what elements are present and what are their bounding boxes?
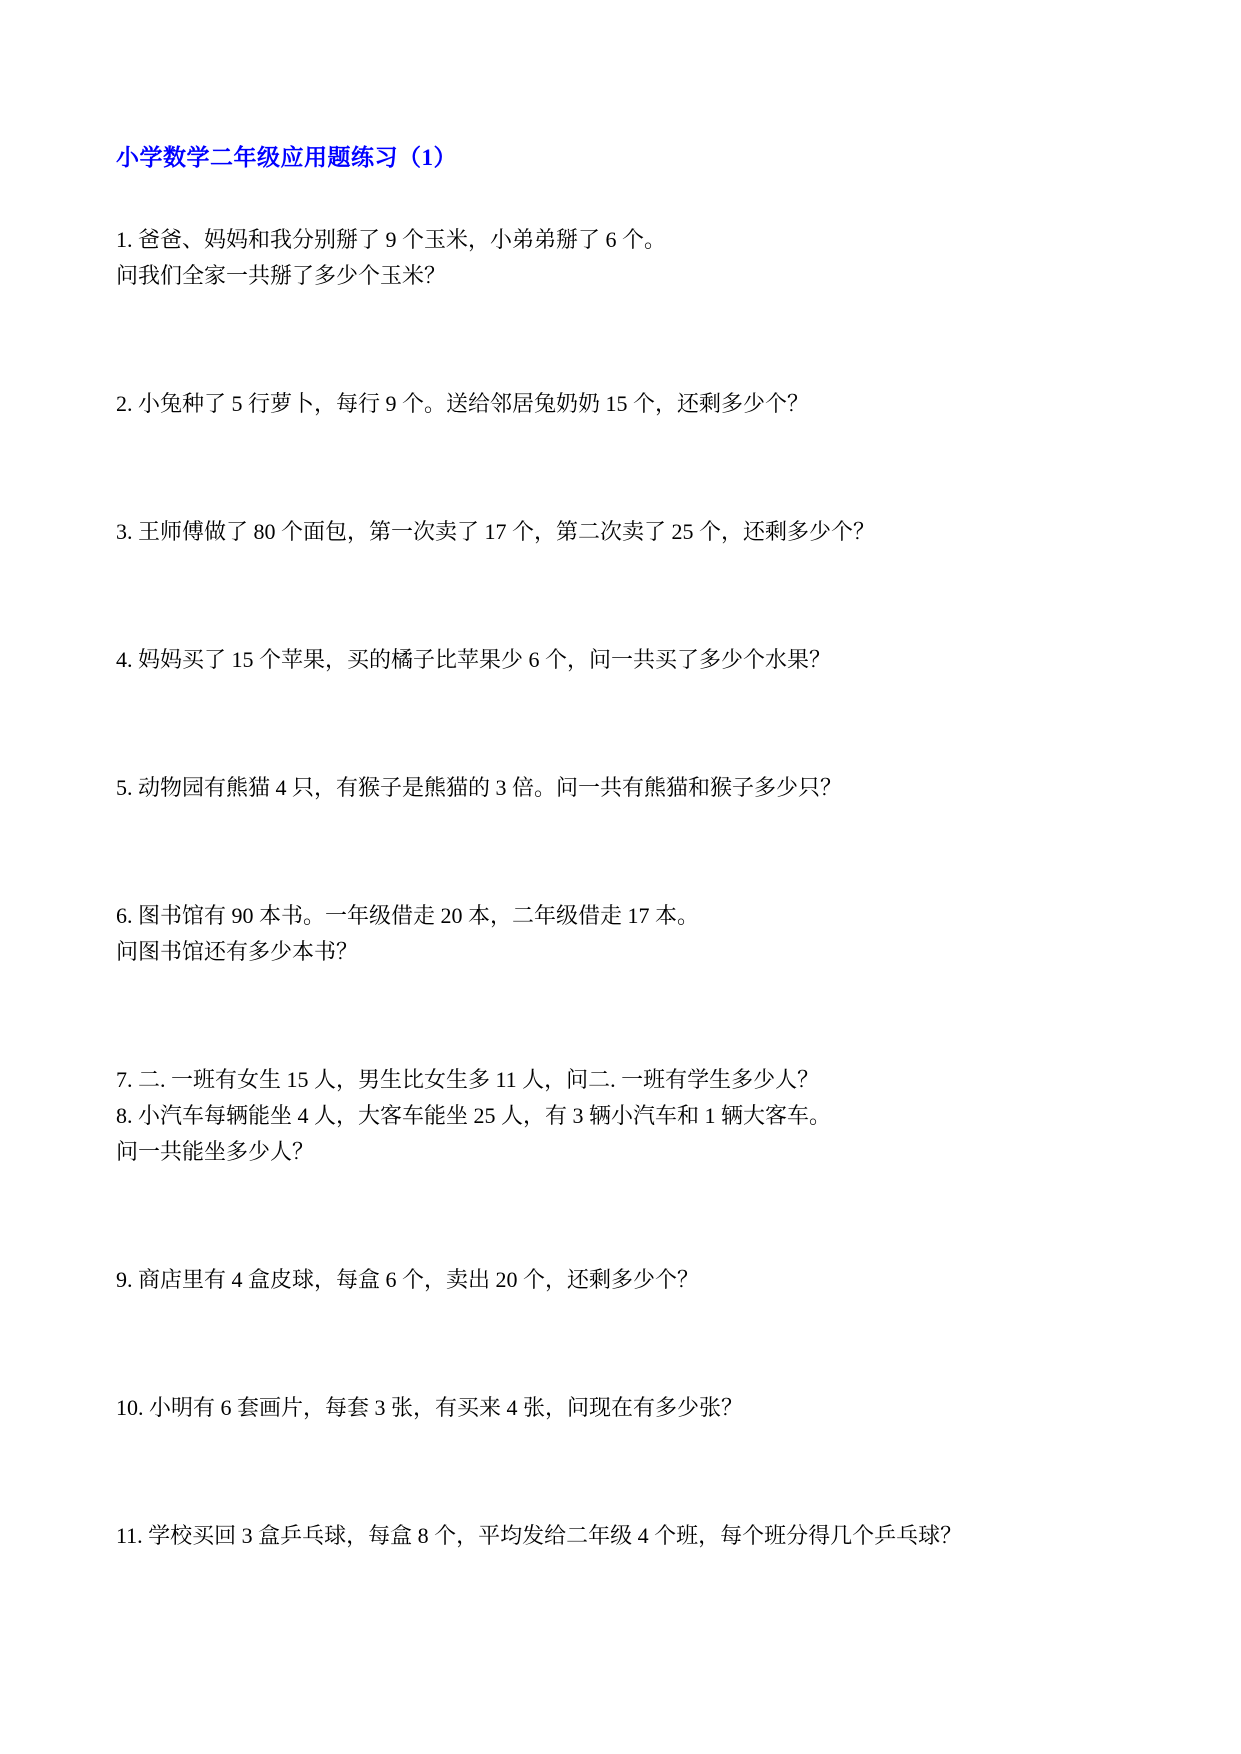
problem-1: 1. 爸爸、妈妈和我分别掰了 9 个玉米，小弟弟掰了 6 个。 问我们全家一共掰… [116,222,1141,294]
problem-7: 7. 二. 一班有女生 15 人，男生比女生多 11 人，问二. 一班有学生多少… [116,1062,1141,1098]
problem-6-line-2: 问图书馆还有多少本书？ [116,934,1141,970]
problem-3-line-1: 3. 王师傅做了 80 个面包，第一次卖了 17 个，第二次卖了 25 个，还剩… [116,514,1141,550]
problem-8-line-2: 问一共能坐多少人？ [116,1134,1141,1170]
problem-4-line-1: 4. 妈妈买了 15 个苹果，买的橘子比苹果少 6 个，问一共买了多少个水果？ [116,642,1141,678]
problem-8: 8. 小汽车每辆能坐 4 人，大客车能坐 25 人，有 3 辆小汽车和 1 辆大… [116,1098,1141,1170]
problem-9: 9. 商店里有 4 盒皮球，每盒 6 个，卖出 20 个，还剩多少个？ [116,1262,1141,1298]
problem-3: 3. 王师傅做了 80 个面包，第一次卖了 17 个，第二次卖了 25 个，还剩… [116,514,1141,550]
problem-7-line-1: 7. 二. 一班有女生 15 人，男生比女生多 11 人，问二. 一班有学生多少… [116,1062,1141,1098]
problem-9-line-1: 9. 商店里有 4 盒皮球，每盒 6 个，卖出 20 个，还剩多少个？ [116,1262,1141,1298]
problem-10: 10. 小明有 6 套画片，每套 3 张，有买来 4 张，问现在有多少张？ [116,1390,1141,1426]
problem-6: 6. 图书馆有 90 本书。一年级借走 20 本，二年级借走 17 本。 问图书… [116,898,1141,970]
problem-1-line-2: 问我们全家一共掰了多少个玉米？ [116,258,1141,294]
problem-11: 11. 学校买回 3 盒乒乓球，每盒 8 个，平均发给二年级 4 个班，每个班分… [116,1518,1141,1554]
problem-5-line-1: 5. 动物园有熊猫 4 只，有猴子是熊猫的 3 倍。问一共有熊猫和猴子多少只？ [116,770,1141,806]
problem-4: 4. 妈妈买了 15 个苹果，买的橘子比苹果少 6 个，问一共买了多少个水果？ [116,642,1141,678]
problem-6-line-1: 6. 图书馆有 90 本书。一年级借走 20 本，二年级借走 17 本。 [116,898,1141,934]
problem-8-line-1: 8. 小汽车每辆能坐 4 人，大客车能坐 25 人，有 3 辆小汽车和 1 辆大… [116,1098,1141,1134]
problem-11-line-1: 11. 学校买回 3 盒乒乓球，每盒 8 个，平均发给二年级 4 个班，每个班分… [116,1518,1141,1554]
problem-5: 5. 动物园有熊猫 4 只，有猴子是熊猫的 3 倍。问一共有熊猫和猴子多少只？ [116,770,1141,806]
problem-1-line-1: 1. 爸爸、妈妈和我分别掰了 9 个玉米，小弟弟掰了 6 个。 [116,222,1141,258]
problem-10-line-1: 10. 小明有 6 套画片，每套 3 张，有买来 4 张，问现在有多少张？ [116,1390,1141,1426]
worksheet-title: 小学数学二年级应用题练习（1） [116,140,1141,176]
document-page: 小学数学二年级应用题练习（1） 1. 爸爸、妈妈和我分别掰了 9 个玉米，小弟弟… [0,0,1241,1754]
problem-2: 2. 小兔种了 5 行萝卜，每行 9 个。送给邻居兔奶奶 15 个，还剩多少个？ [116,386,1141,422]
problem-2-line-1: 2. 小兔种了 5 行萝卜，每行 9 个。送给邻居兔奶奶 15 个，还剩多少个？ [116,386,1141,422]
